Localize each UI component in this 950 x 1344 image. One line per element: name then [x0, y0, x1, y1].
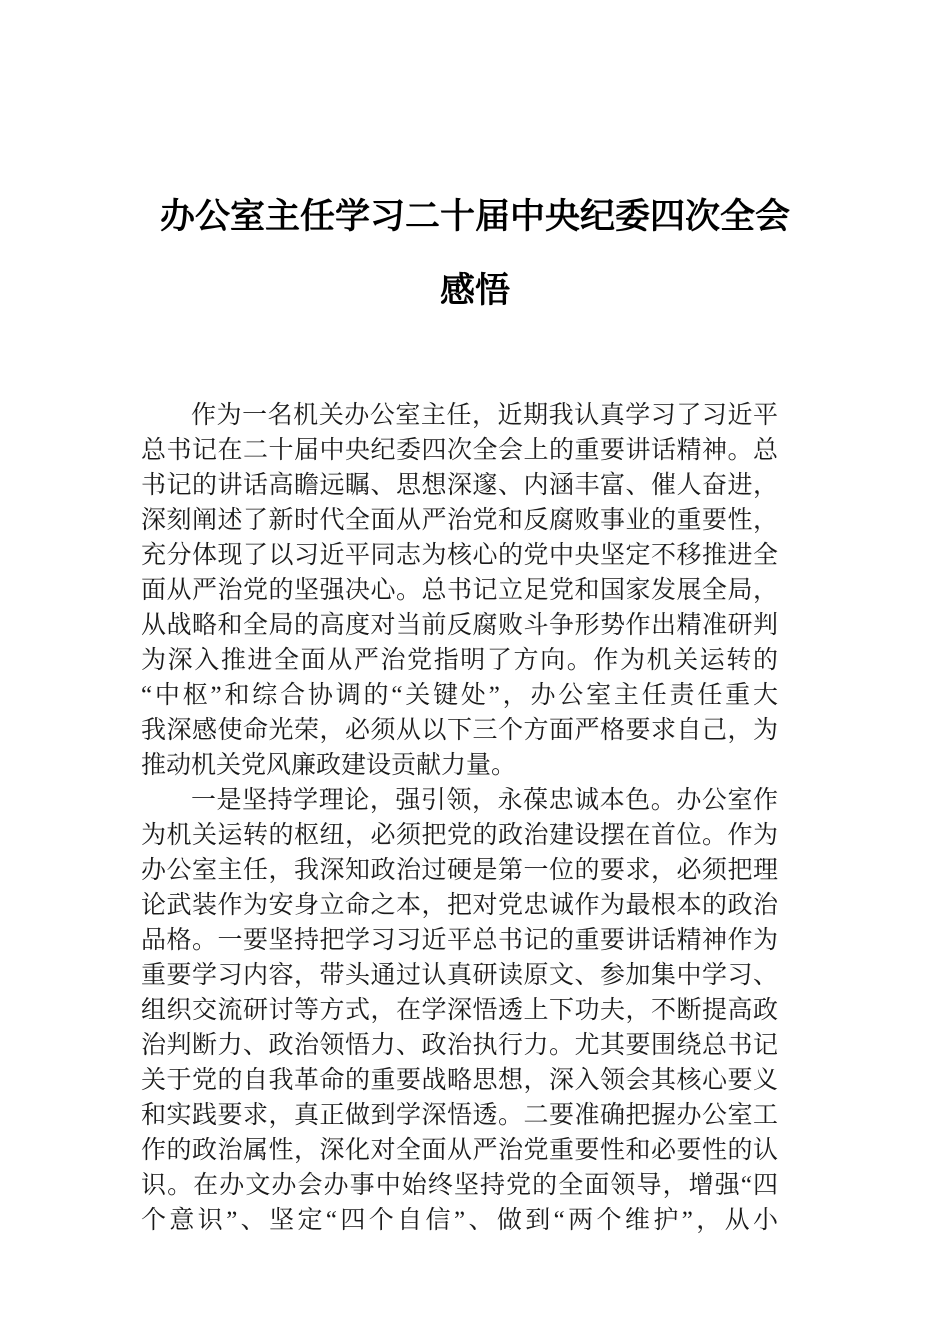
body-line: 为深入推进全面从严治党指明了方向。作为机关运转的	[141, 643, 778, 678]
body-line: 重要学习内容，带头通过认真研读原文、参加集中学习、	[141, 958, 778, 993]
body-line: 和实践要求，真正做到学深悟透。二要准确把握办公室工	[141, 1098, 778, 1133]
body-line: 为机关运转的枢纽，必须把党的政治建设摆在首位。作为	[141, 818, 778, 853]
body-line: 论武装作为安身立命之本，把对党忠诚作为最根本的政治	[141, 888, 778, 923]
body-line: 深刻阐述了新时代全面从严治党和反腐败事业的重要性，	[141, 503, 778, 538]
title-line-2: 感悟	[0, 254, 950, 328]
body-line: 品格。一要坚持把学习习近平总书记的重要讲话精神作为	[141, 923, 778, 958]
body-line: “中枢”和综合协调的“关键处”，办公室主任责任重大	[141, 678, 778, 713]
body-line: 作的政治属性，深化对全面从严治党重要性和必要性的认	[141, 1133, 778, 1168]
body-line: 作为一名机关办公室主任，近期我认真学习了习近平	[141, 398, 778, 433]
body-line: 组织交流研讨等方式，在学深悟透上下功夫，不断提高政	[141, 993, 778, 1028]
body-line: 识。在办文办会办事中始终坚持党的全面领导，增强“四	[141, 1168, 778, 1203]
body-line: 书记的讲话高瞻远瞩、思想深邃、内涵丰富、催人奋进，	[141, 468, 778, 503]
body-line: 我深感使命光荣，必须从以下三个方面严格要求自己，为	[141, 713, 778, 748]
body-line: 治判断力、政治领悟力、政治执行力。尤其要围绕总书记	[141, 1028, 778, 1063]
body-line: 办公室主任，我深知政治过硬是第一位的要求，必须把理	[141, 853, 778, 888]
body-line: 个意识”、坚定“四个自信”、做到“两个维护”，从小	[141, 1203, 778, 1238]
document-title: 办公室主任学习二十届中央纪委四次全会 感悟	[0, 180, 950, 328]
title-line-1: 办公室主任学习二十届中央纪委四次全会	[0, 180, 950, 254]
body-line: 总书记在二十届中央纪委四次全会上的重要讲话精神。总	[141, 433, 778, 468]
body-line: 面从严治党的坚强决心。总书记立足党和国家发展全局，	[141, 573, 778, 608]
document-page: 办公室主任学习二十届中央纪委四次全会 感悟 作为一名机关办公室主任，近期我认真学…	[0, 0, 950, 1344]
body-line: 推动机关党风廉政建设贡献力量。	[141, 748, 778, 783]
document-body: 作为一名机关办公室主任，近期我认真学习了习近平 总书记在二十届中央纪委四次全会上…	[141, 398, 778, 1238]
body-line: 一是坚持学理论，强引领，永葆忠诚本色。办公室作	[141, 783, 778, 818]
body-line: 充分体现了以习近平同志为核心的党中央坚定不移推进全	[141, 538, 778, 573]
body-line: 关于党的自我革命的重要战略思想，深入领会其核心要义	[141, 1063, 778, 1098]
body-line: 从战略和全局的高度对当前反腐败斗争形势作出精准研判	[141, 608, 778, 643]
